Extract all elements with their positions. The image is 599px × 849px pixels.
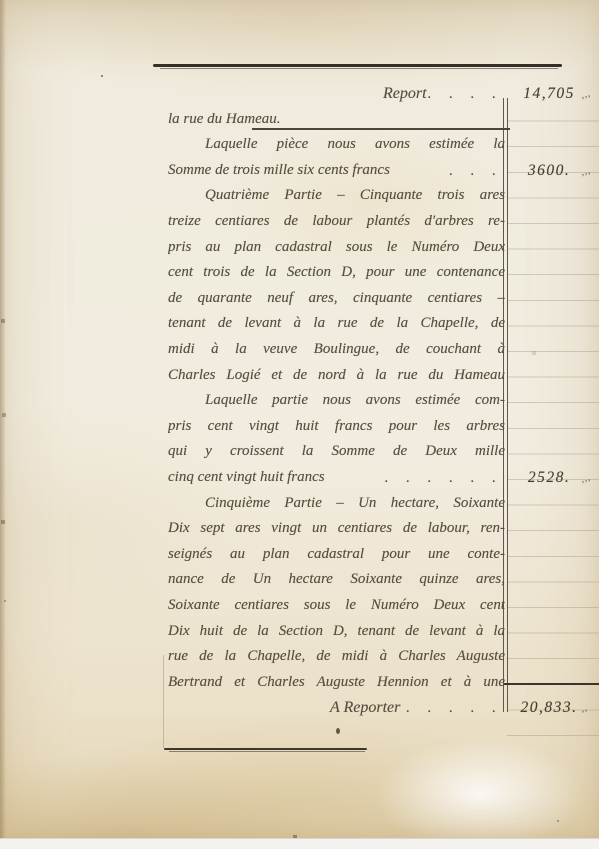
line-text: Somme de trois mille six cents francs bbox=[168, 162, 390, 179]
line-text: rue de la Chapelle, de midi à Charles Au… bbox=[168, 648, 505, 672]
manuscript-line: Cinquième Partie – Un hectare, Soixante bbox=[0, 495, 599, 521]
amount-value: 20,833. bbox=[520, 699, 578, 717]
line-text: midi à la veuve Boulingue, de couchant à bbox=[168, 341, 505, 365]
manuscript-line: Bertrand et Charles Auguste Hennion et à… bbox=[0, 674, 599, 700]
manuscript-line: Charles Logié et de nord à la rue du Ham… bbox=[0, 367, 599, 393]
line-text: Dix sept ares vingt un centiares de labo… bbox=[168, 520, 505, 544]
manuscript-line: nance de Un hectare Soixante quinze ares… bbox=[0, 571, 599, 597]
line-text: tenant de levant à la rue de la Chapelle… bbox=[168, 315, 505, 339]
centimes-ditto-mark: ,,, bbox=[580, 165, 592, 177]
dotted-leader: . . . . . . bbox=[385, 470, 503, 487]
manuscript-line: A Reporter . . . . .20,833.,, bbox=[0, 699, 599, 725]
manuscript-line: Dix sept ares vingt un centiares de labo… bbox=[0, 520, 599, 546]
line-text: Laquelle partie nous avons estimée com- bbox=[205, 392, 505, 416]
manuscript-line: Dix huit de la Section D, tenant de leva… bbox=[0, 623, 599, 649]
line-text: cinq cent vingt huit francs bbox=[168, 469, 325, 486]
line-text: pris au plan cadastral sous le Numéro De… bbox=[168, 239, 505, 263]
line-text: Charles Logié et de nord à la rue du Ham… bbox=[168, 367, 505, 391]
line-text: qui y croissent la Somme de Deux mille bbox=[168, 443, 505, 467]
centimes-ditto-mark: ,,, bbox=[580, 88, 592, 100]
line-text: Laquelle pièce nous avons estimée la bbox=[205, 136, 505, 160]
line-text: Bertrand et Charles Auguste Hennion et à… bbox=[168, 674, 505, 698]
manuscript-line: qui y croissent la Somme de Deux mille bbox=[0, 443, 599, 469]
manuscript-line: Laquelle partie nous avons estimée com- bbox=[0, 392, 599, 418]
line-text: la rue du Hameau. bbox=[168, 111, 281, 128]
manuscript-line: Soixante centiares sous le Numéro Deux c… bbox=[0, 597, 599, 623]
line-text: Dix huit de la Section D, tenant de leva… bbox=[168, 623, 505, 647]
line-text: nance de Un hectare Soixante quinze ares… bbox=[168, 571, 505, 595]
manuscript-text-block: Report . . . .14,705,,, la rue du Hameau… bbox=[0, 0, 599, 849]
manuscript-line: rue de la Chapelle, de midi à Charles Au… bbox=[0, 648, 599, 674]
manuscript-line: Report . . . .14,705,,, bbox=[0, 85, 599, 111]
amount-value: 3600. bbox=[520, 162, 578, 180]
dotted-leader: . . . . . bbox=[406, 700, 503, 717]
dotted-leader: . . . bbox=[449, 163, 503, 180]
manuscript-line: Somme de trois mille six cents francs . … bbox=[0, 162, 599, 188]
line-text: Report bbox=[383, 85, 427, 103]
manuscript-line: Quatrième Partie – Cinquante trois ares bbox=[0, 187, 599, 213]
manuscript-line: seignés au plan cadastral pour une conte… bbox=[0, 546, 599, 572]
line-text: seignés au plan cadastral pour une conte… bbox=[168, 546, 505, 570]
line-text: cent trois de la Section D, pour une con… bbox=[168, 264, 505, 288]
line-text: Soixante centiares sous le Numéro Deux c… bbox=[168, 597, 505, 621]
manuscript-line: Laquelle pièce nous avons estimée la bbox=[0, 136, 599, 162]
line-text: de quarante neuf ares, cinquante centiar… bbox=[168, 290, 505, 314]
line-text: pris cent vingt huit francs pour les arb… bbox=[168, 418, 505, 442]
amount-value: 14,705 bbox=[520, 85, 578, 103]
manuscript-line: treize centiares de labour plantés d'arb… bbox=[0, 213, 599, 239]
manuscript-line: la rue du Hameau. bbox=[0, 111, 599, 137]
manuscript-line: cinq cent vingt huit francs . . . . . .2… bbox=[0, 469, 599, 495]
manuscript-line: pris au plan cadastral sous le Numéro De… bbox=[0, 239, 599, 265]
manuscript-line: cent trois de la Section D, pour une con… bbox=[0, 264, 599, 290]
line-text: Cinquième Partie – Un hectare, Soixante bbox=[205, 495, 505, 519]
line-text: Quatrième Partie – Cinquante trois ares bbox=[205, 187, 505, 211]
manuscript-line: midi à la veuve Boulingue, de couchant à bbox=[0, 341, 599, 367]
manuscript-line: tenant de levant à la rue de la Chapelle… bbox=[0, 315, 599, 341]
line-text: treize centiares de labour plantés d'arb… bbox=[168, 213, 505, 237]
centimes-ditto-mark: ,, bbox=[580, 703, 589, 714]
manuscript-line: pris cent vingt huit francs pour les arb… bbox=[0, 418, 599, 444]
manuscript-line: de quarante neuf ares, cinquante centiar… bbox=[0, 290, 599, 316]
line-text: A Reporter bbox=[330, 699, 400, 717]
dotted-leader: . . . . bbox=[428, 86, 503, 103]
centimes-ditto-mark: ,,, bbox=[580, 472, 592, 484]
fill-rule bbox=[252, 128, 510, 130]
amount-value: 2528. bbox=[520, 469, 578, 487]
